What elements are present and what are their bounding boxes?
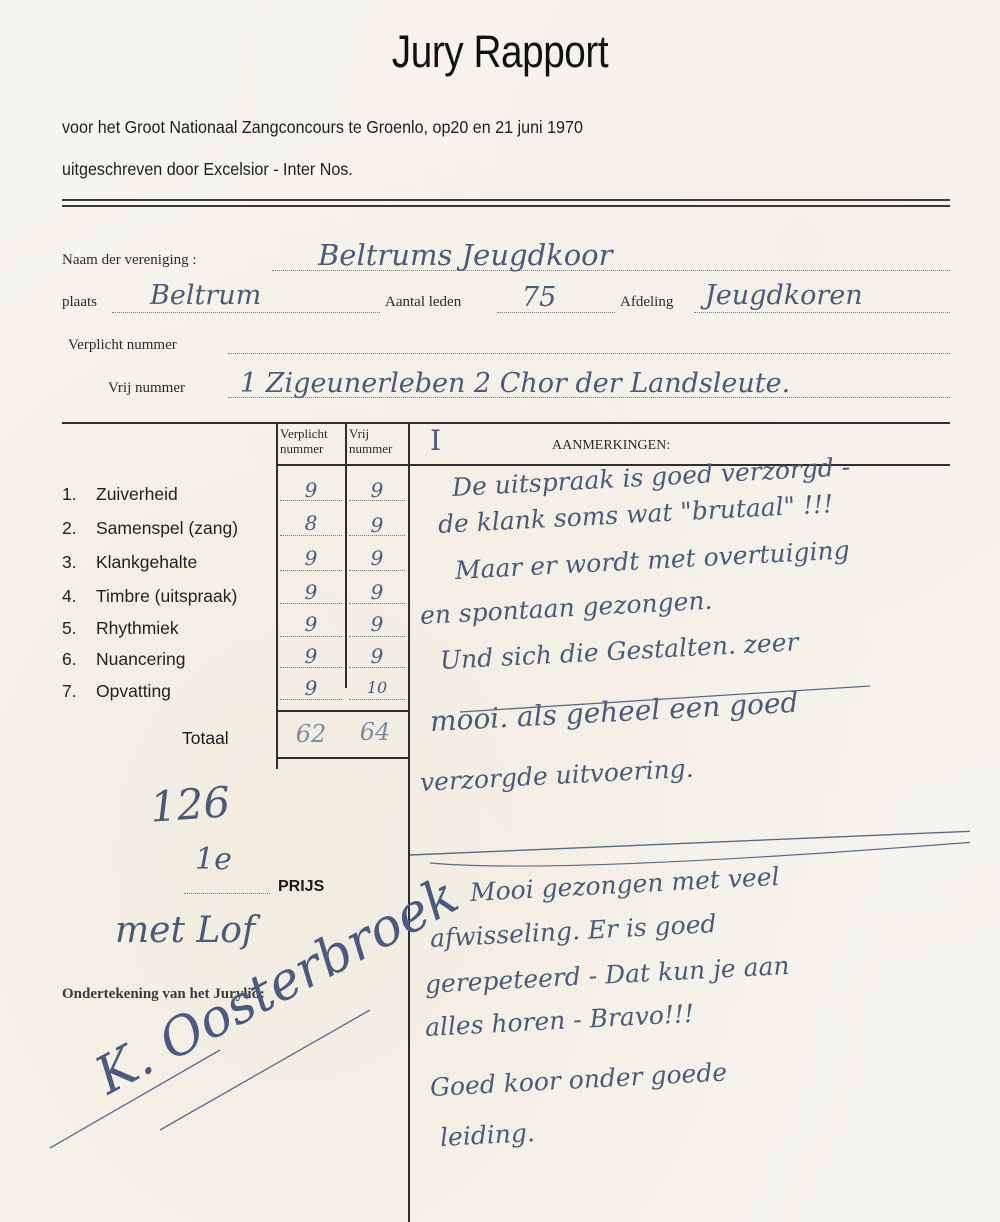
score-vrij[interactable]: 10 [347,678,407,697]
remarks-divider-strokes [410,680,970,880]
col-vrij-header: Vrij nummer [349,426,392,456]
score-table-left-border [276,423,278,769]
totaal-verplicht[interactable]: 62 [281,720,341,748]
prize-label: PRIJS [278,878,324,896]
criterion-label: Rhythmiek [96,618,179,638]
col-verplicht-header: Verplicht nummer [280,426,328,456]
score-dotted-line [280,636,342,637]
score-verplicht[interactable]: 9 [281,580,341,604]
score-dotted-line [280,535,342,536]
score-vrij[interactable]: 9 [347,513,407,537]
criterion-label: Timbre (uitspraak) [96,586,237,606]
header-rule-bottom [62,205,950,207]
grand-total[interactable]: 126 [148,777,231,831]
criterion-row: 3.Klankgehalte [62,552,197,573]
document-title: Jury Rapport [70,26,930,78]
score-verplicht[interactable]: 9 [281,546,341,570]
signature-underline [0,980,410,1180]
col-verplicht-header-l1: Verplicht [280,426,328,441]
criterion-label: Samenspel (zang) [96,518,238,538]
subtitle-organizer: uitgeschreven door Excelsior - Inter Nos… [62,159,353,180]
vrij-nummer-value[interactable]: 1 Zigeunerleben 2 Chor der Landsleute. [240,368,790,399]
score-verplicht[interactable]: 9 [281,612,341,636]
score-verplicht[interactable]: 9 [281,676,341,700]
score-header-rule [276,464,410,466]
criterion-label: Nuancering [96,649,186,669]
subtitle-contest: voor het Groot Nationaal Zangconcours te… [62,117,583,138]
remarks-heading: AANMERKINGEN: [552,438,670,454]
criterion-row: 5.Rhythmiek [62,618,179,639]
score-dotted-line [349,636,405,637]
score-verplicht[interactable]: 9 [281,478,341,502]
score-total-top-rule [276,710,410,712]
score-dotted-line [349,699,405,700]
score-verplicht[interactable]: 8 [281,511,341,535]
score-vrij[interactable]: 9 [347,580,407,604]
criterion-label: Zuiverheid [96,484,178,504]
verplicht-dotted-line [228,353,950,354]
afdeling-label: Afdeling [620,294,673,311]
remarks-section-mark: I [430,424,441,457]
score-dotted-line [349,570,405,571]
verplicht-nummer-label: Verplicht nummer [68,337,177,354]
totaal-vrij[interactable]: 64 [345,718,405,746]
naam-label: Naam der vereniging : [62,252,197,269]
prize-value[interactable]: 1e [195,842,232,877]
plaats-label: plaats [62,294,97,311]
score-total-bottom-rule [276,757,410,759]
col-verplicht-header-l2: nummer [280,441,328,456]
plaats-value[interactable]: Beltrum [150,280,261,311]
remark-line[interactable]: leiding. [439,1120,535,1150]
vrij-nummer-label: Vrij nummer [108,380,185,397]
prize-dotted-line [184,893,270,894]
naam-value[interactable]: Beltrums Jeugdkoor [318,238,613,272]
score-vrij[interactable]: 9 [347,546,407,570]
col-vrij-header-l1: Vrij [349,426,392,441]
score-vrij[interactable]: 9 [347,612,407,636]
plaats-dotted-line [112,312,380,313]
criterion-row: 4.Timbre (uitspraak) [62,586,237,607]
criterion-row: 2.Samenspel (zang) [62,518,238,539]
totaal-label: Totaal [182,728,229,749]
col-vrij-header-l2: nummer [349,441,392,456]
criterion-label: Klankgehalte [96,552,197,572]
criterion-row: 7.Opvatting [62,681,171,702]
criterion-row: 6.Nuancering [62,649,186,670]
afdeling-dotted-line [694,312,950,313]
aantal-leden-label: Aantal leden [385,294,461,311]
header-rule-top [62,199,950,201]
score-vrij[interactable]: 9 [347,644,407,668]
criterion-label: Opvatting [96,681,171,701]
score-vrij[interactable]: 9 [347,478,407,502]
score-verplicht[interactable]: 9 [281,644,341,668]
criterion-row: 1.Zuiverheid [62,484,178,505]
prize-annotation[interactable]: met Lof [115,910,255,951]
afdeling-value[interactable]: Jeugdkoren [705,280,863,311]
aantal-leden-value[interactable]: 75 [522,282,556,313]
score-dotted-line [280,570,342,571]
section-divider [62,422,950,424]
